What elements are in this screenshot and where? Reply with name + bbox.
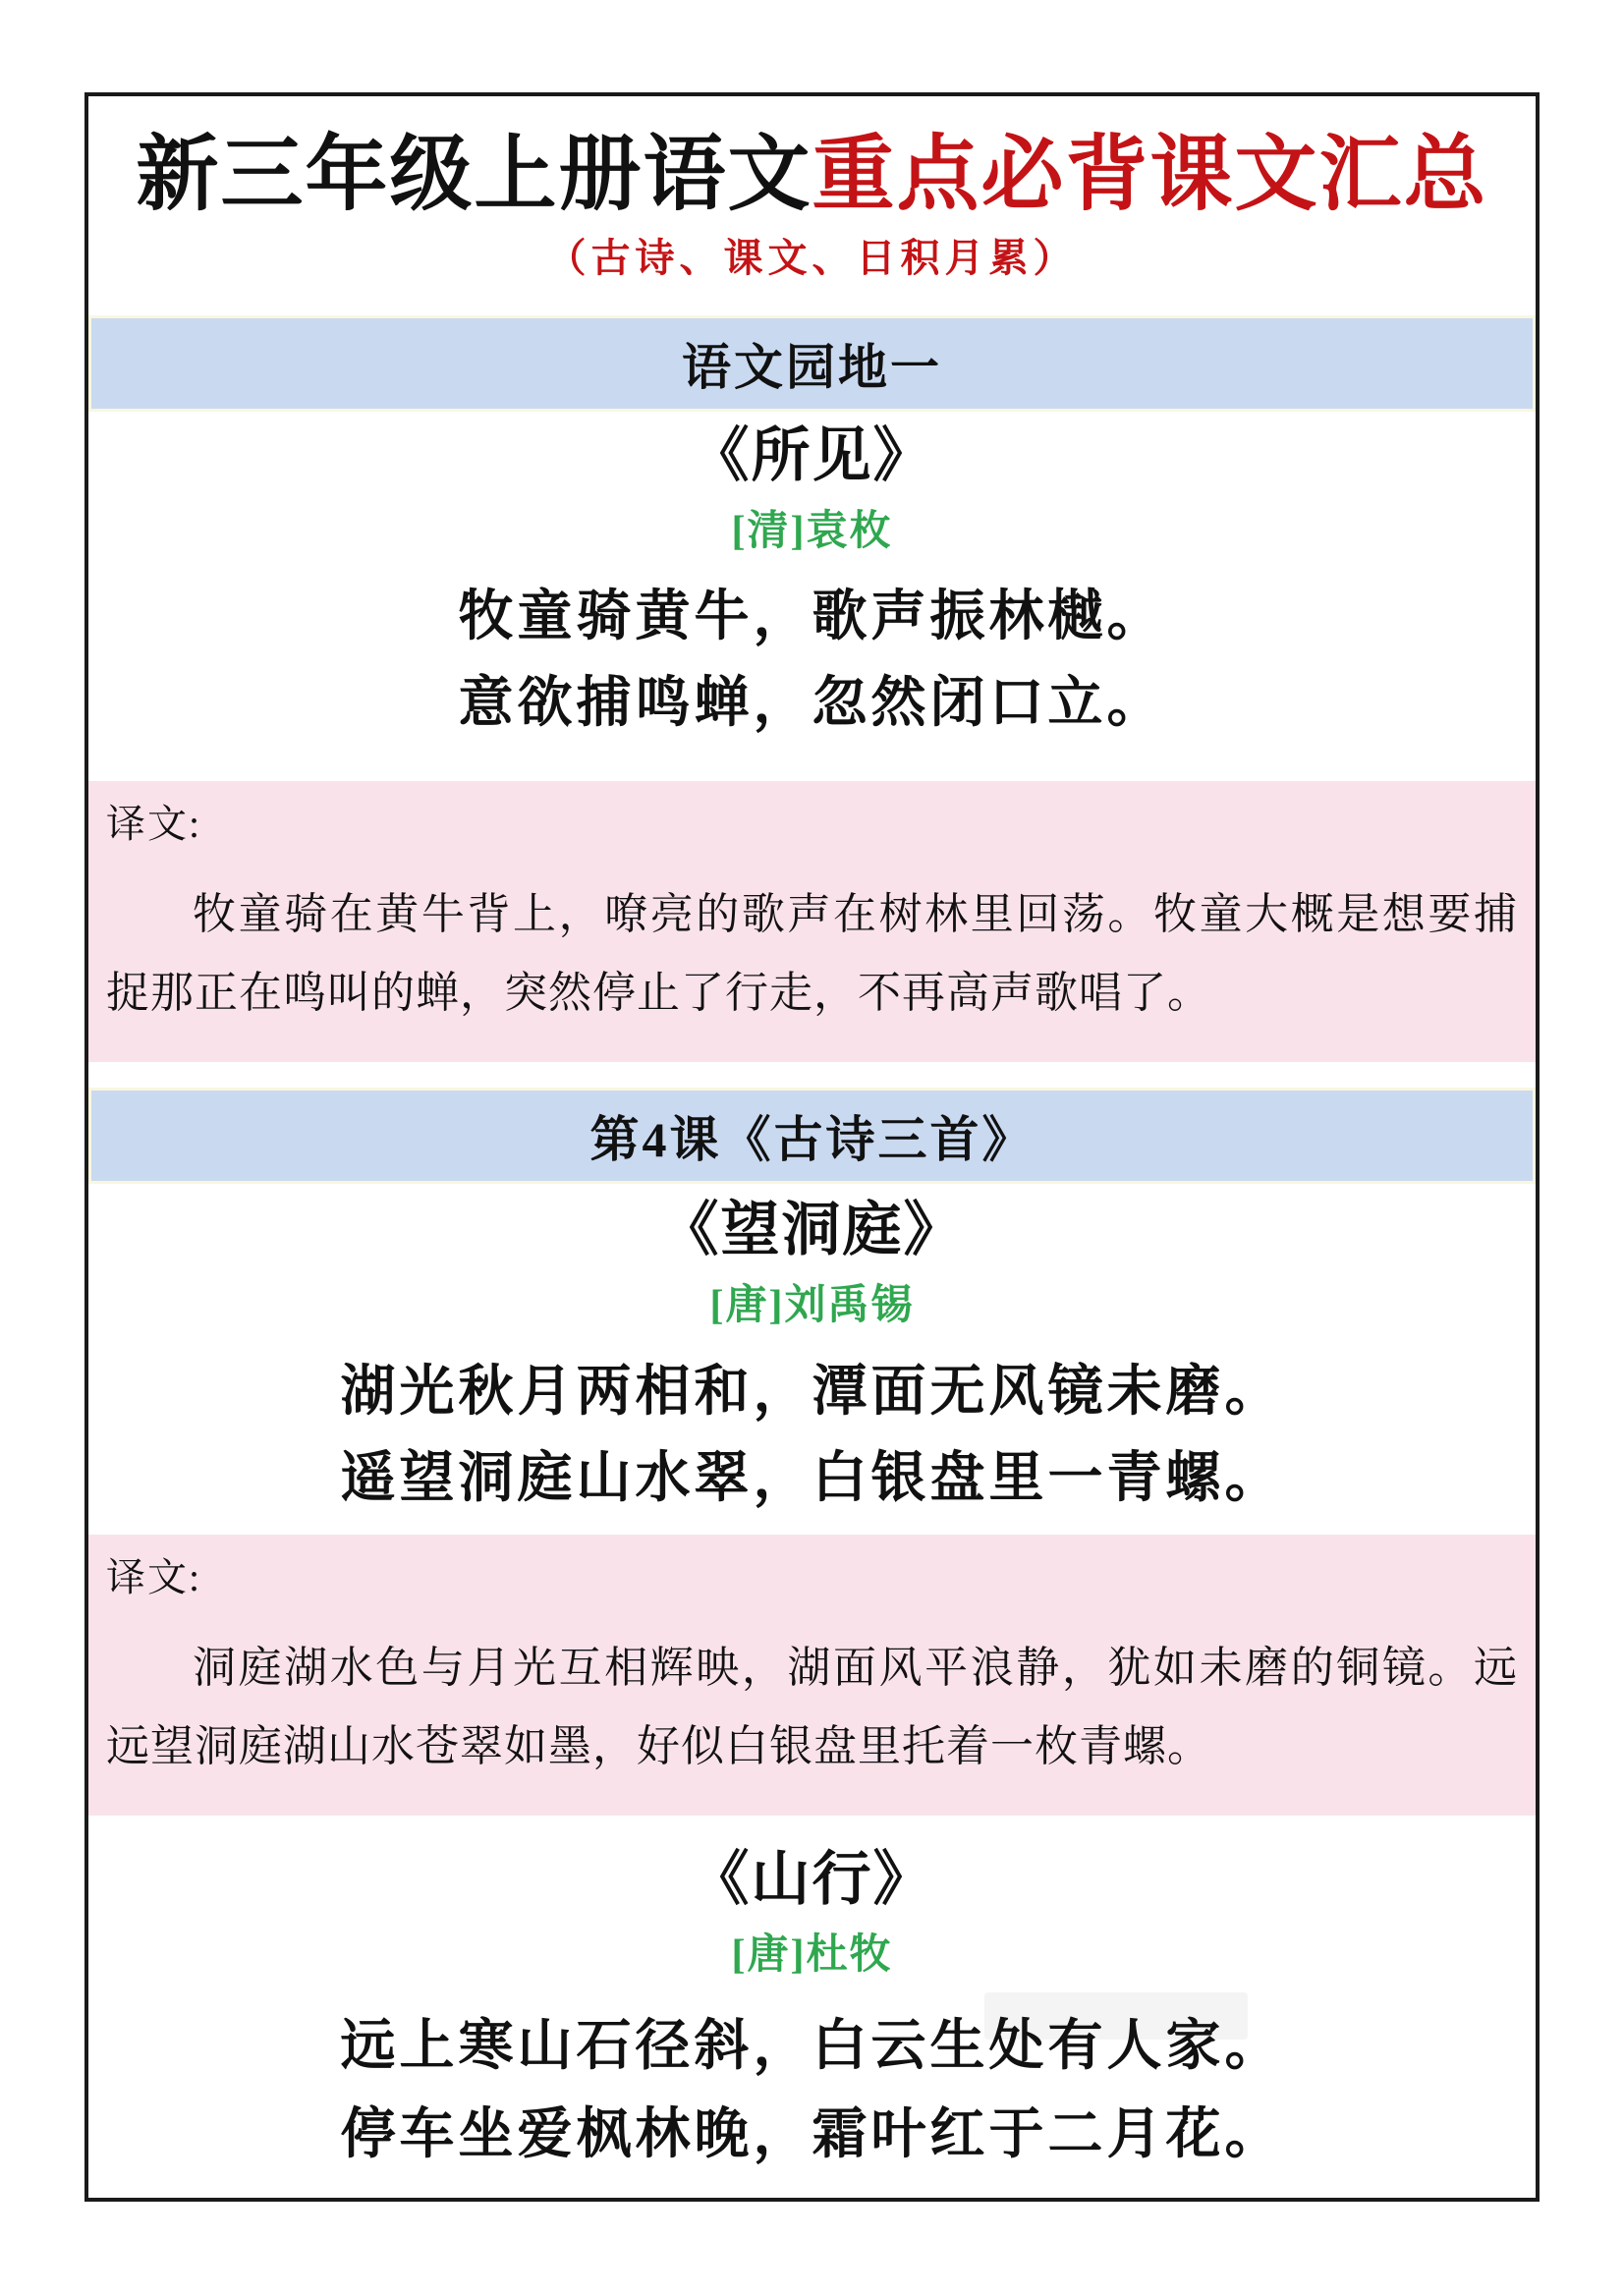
poem-line: 远上寒山石径斜，白云生处有人家。 bbox=[341, 2012, 1284, 2081]
document-frame: 新三年级上册语文重点必背课文汇总 （古诗、课文、日积月累） 语文园地一 《所见》… bbox=[84, 92, 1540, 2202]
section-banner-lesson-4: 第4课《古诗三首》 bbox=[88, 1088, 1536, 1184]
poem-line: 意欲捕鸣蝉，忽然闭口立。 bbox=[459, 669, 1166, 738]
poem-line: 牧童骑黄牛，歌声振林樾。 bbox=[459, 583, 1166, 651]
section-banner-yuwenyuandi-1: 语文园地一 bbox=[88, 315, 1536, 412]
poem-title-shanxing: 《山行》 bbox=[691, 1843, 934, 1917]
poem-line: 湖光秋月两相和，潭面无风镜未磨。 bbox=[341, 1358, 1284, 1427]
translation-text: 牧童骑在黄牛背上，嘹亮的歌声在树林里回荡。牧童大概是想要捕捉那正在鸣叫的蝉，突然… bbox=[106, 875, 1518, 1033]
poem-title-wangdongting: 《望洞庭》 bbox=[660, 1194, 965, 1267]
translation-box-wangdongting: 译文: 洞庭湖水色与月光互相辉映，湖面风平浪静，犹如未磨的铜镜。远远望洞庭湖山水… bbox=[88, 1535, 1536, 1816]
poem-line: 停车坐爱枫林晚，霜叶红于二月花。 bbox=[341, 2100, 1284, 2169]
poem-line: 遥望洞庭山水翠，白银盘里一青螺。 bbox=[341, 1444, 1284, 1513]
page-title: 新三年级上册语文重点必背课文汇总 bbox=[136, 124, 1487, 227]
poem-author-yuanmei: [清]袁枚 bbox=[732, 505, 893, 559]
page-title-red-part: 重点必背课文汇总 bbox=[812, 130, 1488, 221]
translation-box-suojian: 译文: 牧童骑在黄牛背上，嘹亮的歌声在树林里回荡。牧童大概是想要捕捉那正在鸣叫的… bbox=[88, 781, 1536, 1062]
page-subtitle: （古诗、课文、日积月累） bbox=[547, 231, 1078, 286]
poem-author-liuyuxi: [唐]刘禹锡 bbox=[710, 1279, 915, 1333]
translation-text: 洞庭湖水色与月光互相辉映，湖面风平浪静，犹如未磨的铜镜。远远望洞庭湖山水苍翠如墨… bbox=[106, 1629, 1518, 1786]
translation-label: 译文: bbox=[106, 1552, 1518, 1603]
page-title-black-part: 新三年级上册语文 bbox=[136, 130, 812, 221]
translation-label: 译文: bbox=[106, 799, 1518, 850]
poem-author-dumu: [唐]杜牧 bbox=[732, 1929, 893, 1983]
poem-title-suojian: 《所见》 bbox=[691, 420, 934, 493]
